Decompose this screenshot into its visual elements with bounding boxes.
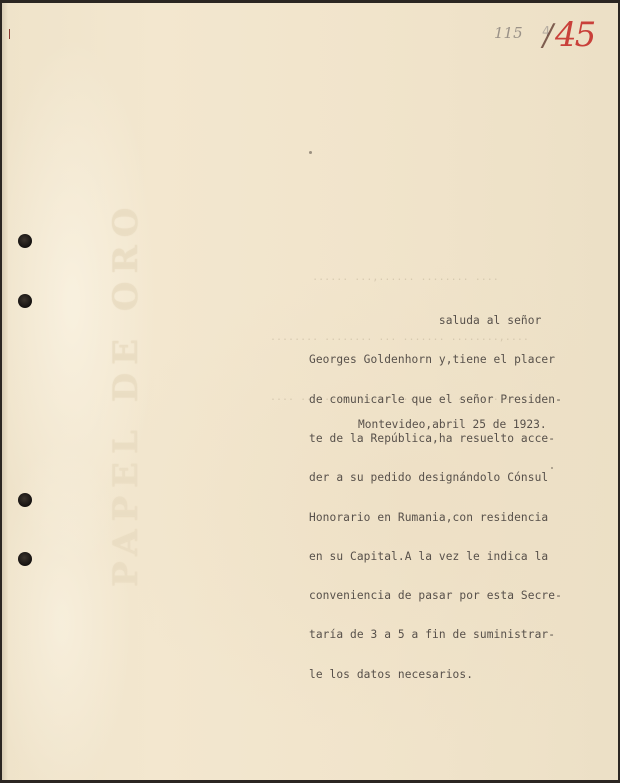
punch-hole-icon (18, 552, 32, 566)
punch-hole-icon (18, 493, 32, 507)
letter-line: Georges Goldenhorn y,tiene el placer (309, 353, 609, 366)
folio-strike-mark: / (543, 18, 551, 53)
folio-red-number: / 45 (555, 15, 594, 55)
letter-line: te de la República,ha resuelto acce- (309, 432, 609, 445)
letter-line: de comunicarle que el señor Presiden- (309, 393, 609, 406)
letter-line: conveniencia de pasar por esta Secre- (309, 589, 609, 602)
letter-line: le los datos necesarios. (309, 668, 609, 681)
bleed-line: ...... ...,...... ........ .... (270, 268, 600, 288)
letter-line: Honorario en Rumania,con residencia (309, 511, 609, 524)
folio-red-value: 45 (555, 15, 594, 55)
letter-line: taría de 3 a 5 a fin de suministrar- (309, 628, 609, 641)
paper-speck (309, 151, 312, 154)
letter-line: der a su pedido designándolo Cónsul (309, 471, 609, 484)
letter-body: saluda al señor Georges Goldenhorn y,tie… (309, 288, 609, 707)
letter-line: saluda al señor (309, 314, 609, 327)
punch-hole-icon (18, 234, 32, 248)
watermark: PAPEL DE ORO (106, 23, 146, 763)
page-edge (2, 3, 8, 780)
letter-line: en su Capital.A la vez le indica la (309, 550, 609, 563)
margin-mark (9, 29, 10, 39)
letter-closing-date: Montevideo,abril 25 de 1923. (358, 418, 547, 431)
document-page: PAPEL DE ORO 115 4 / 45 ...... ...,.....… (2, 3, 618, 780)
punch-hole-icon (18, 294, 32, 308)
folio-pencil-number: 115 (494, 24, 523, 42)
